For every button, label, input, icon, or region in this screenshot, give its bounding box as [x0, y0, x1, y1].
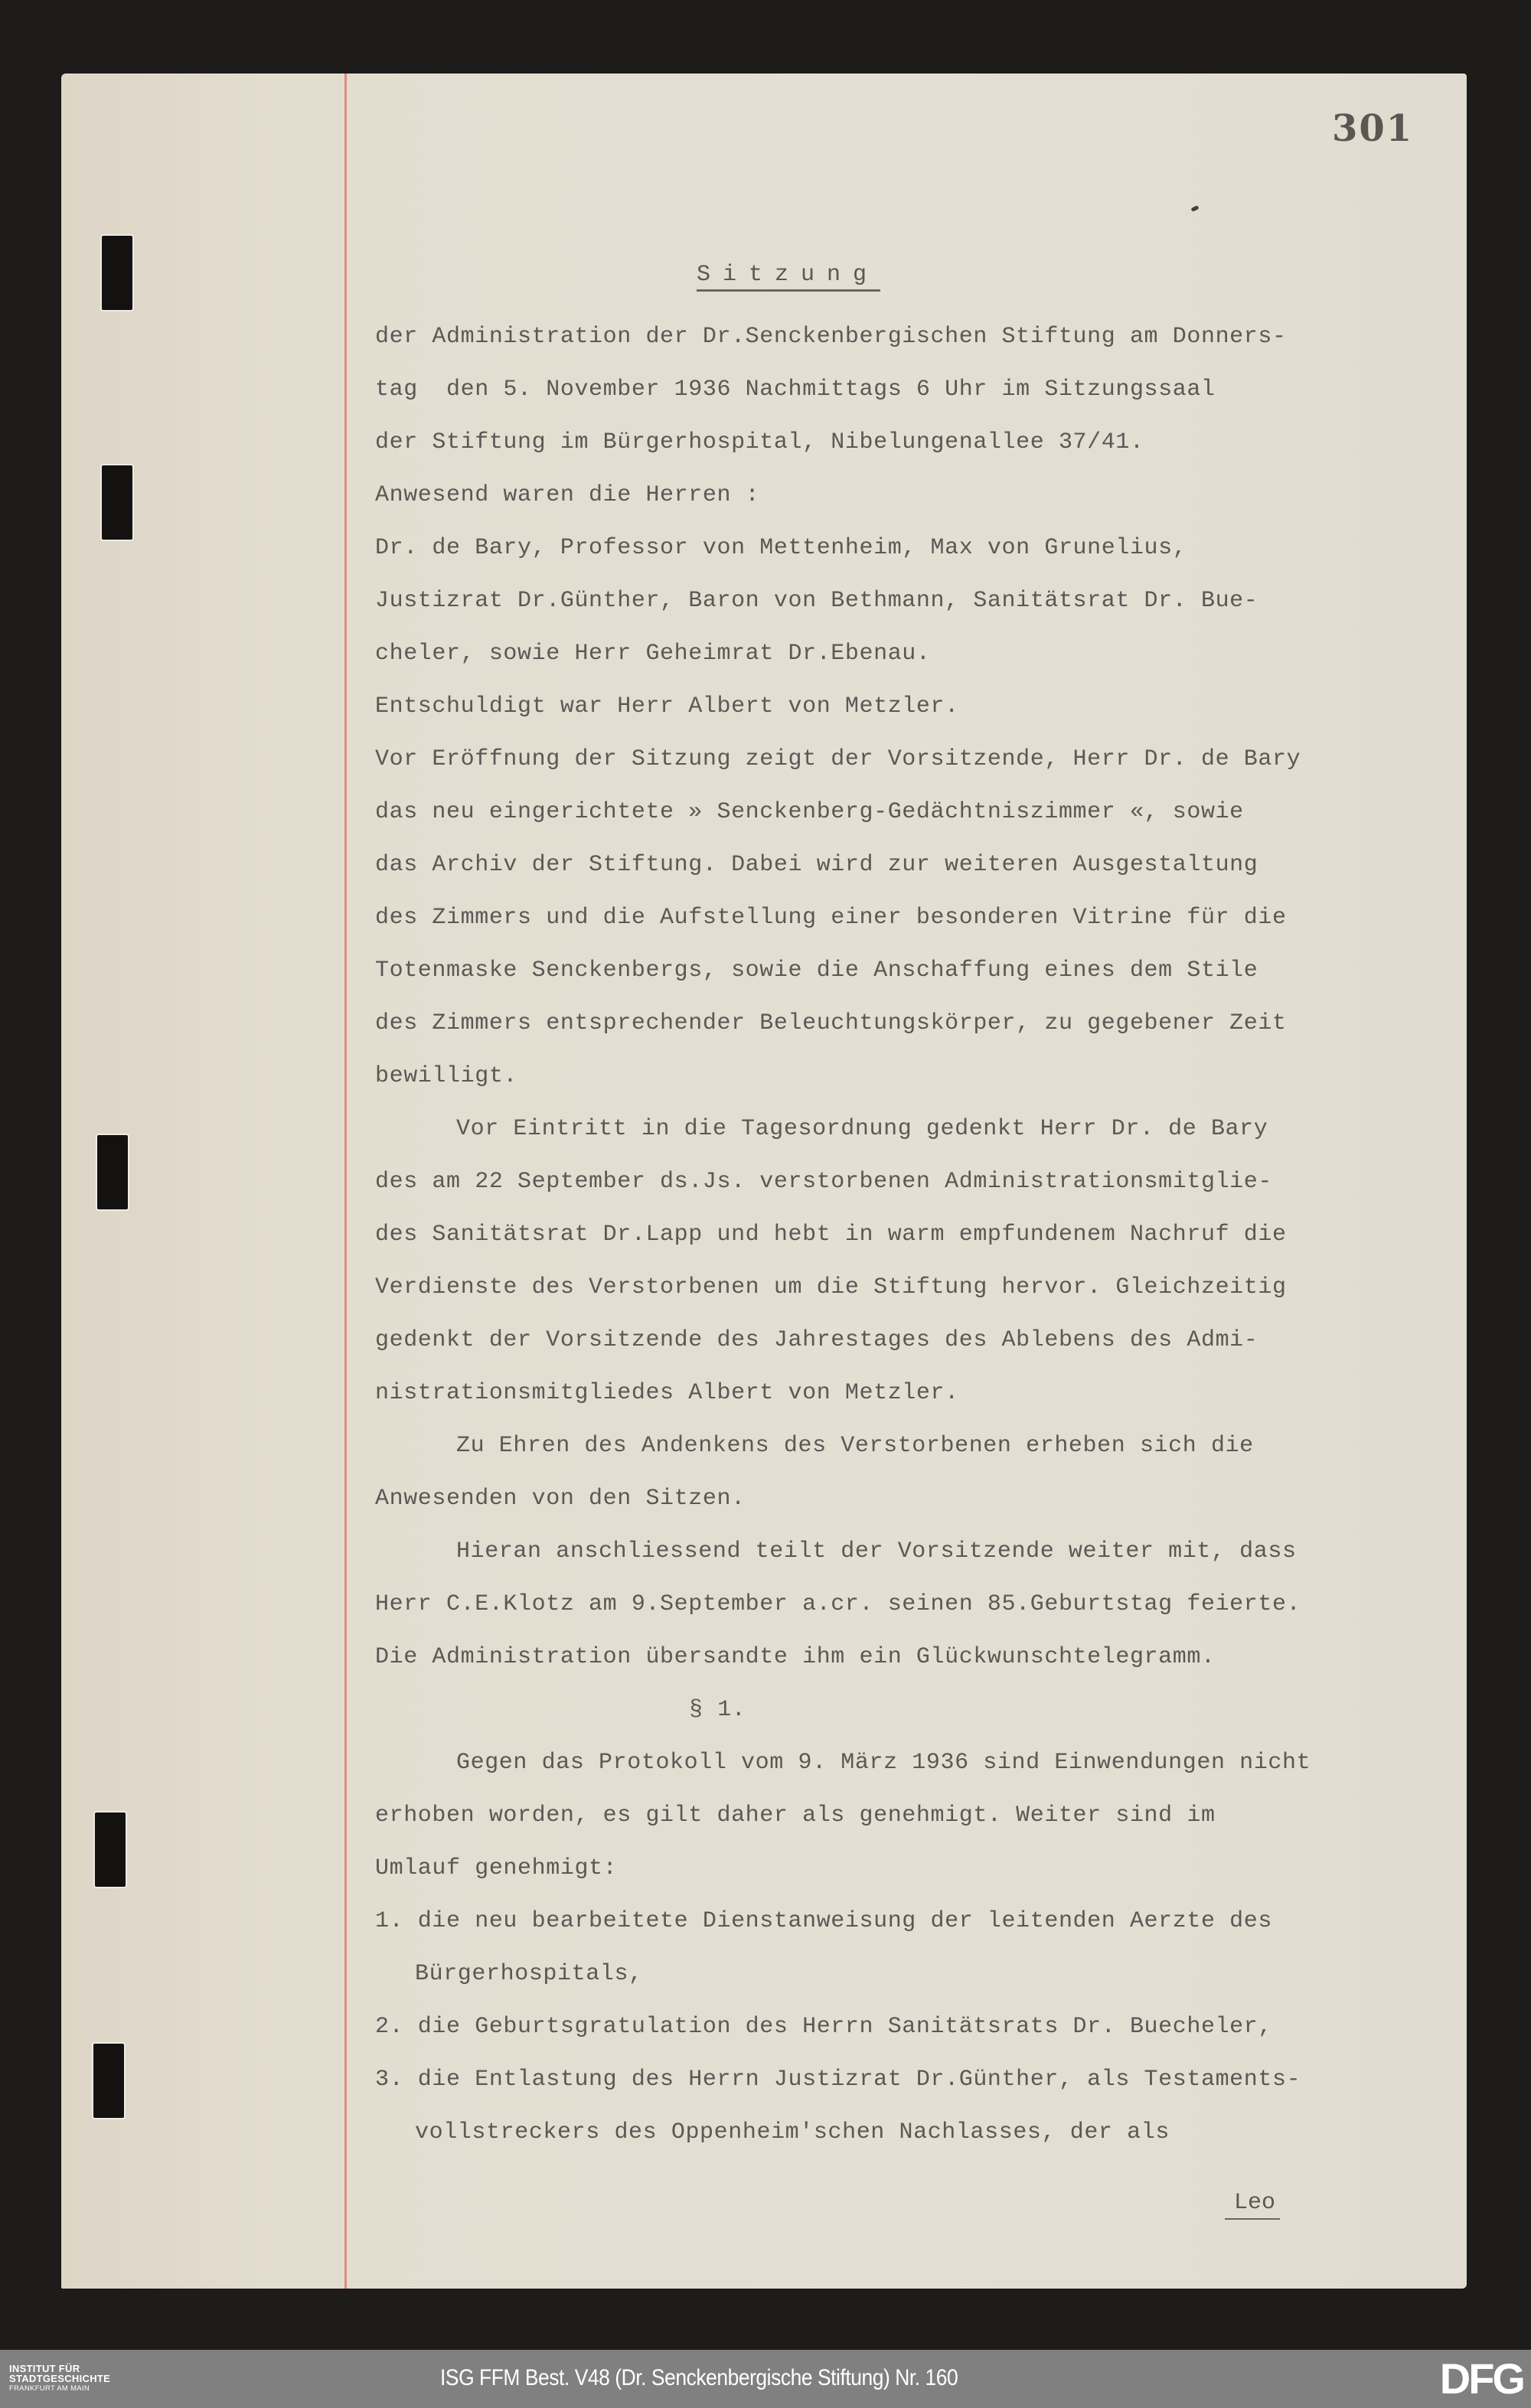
text-line: erhoben worden, es gilt daher als genehm… — [375, 1790, 1470, 1842]
text-line: Verdienste des Verstorbenen um die Stift… — [375, 1261, 1470, 1314]
institution-line-3: FRANKFURT AM MAIN — [9, 2384, 110, 2393]
text-line: Herr C.E.Klotz am 9.September a.cr. sein… — [375, 1578, 1470, 1631]
text-line: Anwesenden von den Sitzen. — [375, 1473, 1470, 1525]
text-line: Hieran anschliessend teilt der Vorsitzen… — [375, 1525, 1470, 1578]
document-body: der Administration der Dr.Senckenbergisc… — [375, 311, 1470, 2159]
text-line: der Stiftung im Bürgerhospital, Nibelung… — [375, 416, 1470, 469]
text-line: des Zimmers und die Aufstellung einer be… — [375, 892, 1470, 945]
text-line: der Administration der Dr.Senckenbergisc… — [375, 311, 1470, 364]
text-line: vollstreckers des Oppenheim'schen Nachla… — [375, 2106, 1470, 2159]
text-line: das Archiv der Stiftung. Dabei wird zur … — [375, 839, 1470, 892]
dfg-logo: DFG — [1440, 2356, 1523, 2402]
text-line: 1. die neu bearbeitete Dienstanweisung d… — [375, 1895, 1470, 1948]
text-line: cheler, sowie Herr Geheimrat Dr.Ebenau. — [375, 628, 1470, 680]
binding-hole-icon — [102, 465, 132, 540]
text-line: das neu eingerichtete » Senckenberg-Gedä… — [375, 786, 1470, 839]
footer-bar: INSTITUT FÜR STADTGESCHICHTE FRANKFURT A… — [0, 2350, 1531, 2408]
document-title: Sitzung — [697, 260, 880, 292]
text-line: Umlauf genehmigt: — [375, 1842, 1470, 1895]
text-line: des Zimmers entsprechender Beleuchtungsk… — [375, 997, 1470, 1050]
text-line: Vor Eintritt in die Tagesordnung gedenkt… — [375, 1103, 1470, 1156]
binding-hole-icon — [95, 1813, 126, 1887]
binding-hole-icon — [102, 236, 132, 310]
text-line: 3. die Entlastung des Herrn Justizrat Dr… — [375, 2054, 1470, 2106]
archive-caption: ISG FFM Best. V48 (Dr. Senckenbergische … — [440, 2365, 958, 2391]
binding-hole-icon — [97, 1135, 128, 1209]
text-line: Gegen das Protokoll vom 9. März 1936 sin… — [375, 1737, 1470, 1790]
text-line: Justizrat Dr.Günther, Baron von Bethmann… — [375, 575, 1470, 628]
catchword: Leo — [1225, 2189, 1280, 2220]
page-number: 301 — [1332, 107, 1413, 150]
text-line: gedenkt der Vorsitzende des Jahrestages … — [375, 1314, 1470, 1367]
text-line: 2. die Geburtsgratulation des Herrn Sani… — [375, 2001, 1470, 2054]
text-line: Bürgerhospitals, — [375, 1948, 1470, 2001]
red-margin-line — [344, 73, 347, 2289]
text-line: Anwesend waren die Herren : — [375, 469, 1470, 522]
text-line: Die Administration übersandte ihm ein Gl… — [375, 1631, 1470, 1684]
text-line: bewilligt. — [375, 1050, 1470, 1103]
binding-hole-icon — [93, 2044, 124, 2118]
text-line: § 1. — [375, 1684, 1470, 1737]
text-line: Entschuldigt war Herr Albert von Metzler… — [375, 680, 1470, 733]
institution-line-2: STADTGESCHICHTE — [9, 2374, 110, 2384]
text-line: tag den 5. November 1936 Nachmittags 6 U… — [375, 364, 1470, 416]
text-line: Dr. de Bary, Professor von Mettenheim, M… — [375, 522, 1470, 575]
text-line: Totenmaske Senckenbergs, sowie die Ansch… — [375, 945, 1470, 997]
text-line: Vor Eröffnung der Sitzung zeigt der Vors… — [375, 733, 1470, 786]
text-line: des am 22 September ds.Js. verstorbenen … — [375, 1156, 1470, 1209]
text-line: nistrationsmitgliedes Albert von Metzler… — [375, 1367, 1470, 1420]
institution-logo: INSTITUT FÜR STADTGESCHICHTE FRANKFURT A… — [9, 2364, 110, 2393]
text-line: Zu Ehren des Andenkens des Verstorbenen … — [375, 1420, 1470, 1473]
text-line: des Sanitätsrat Dr.Lapp und hebt in warm… — [375, 1209, 1470, 1261]
